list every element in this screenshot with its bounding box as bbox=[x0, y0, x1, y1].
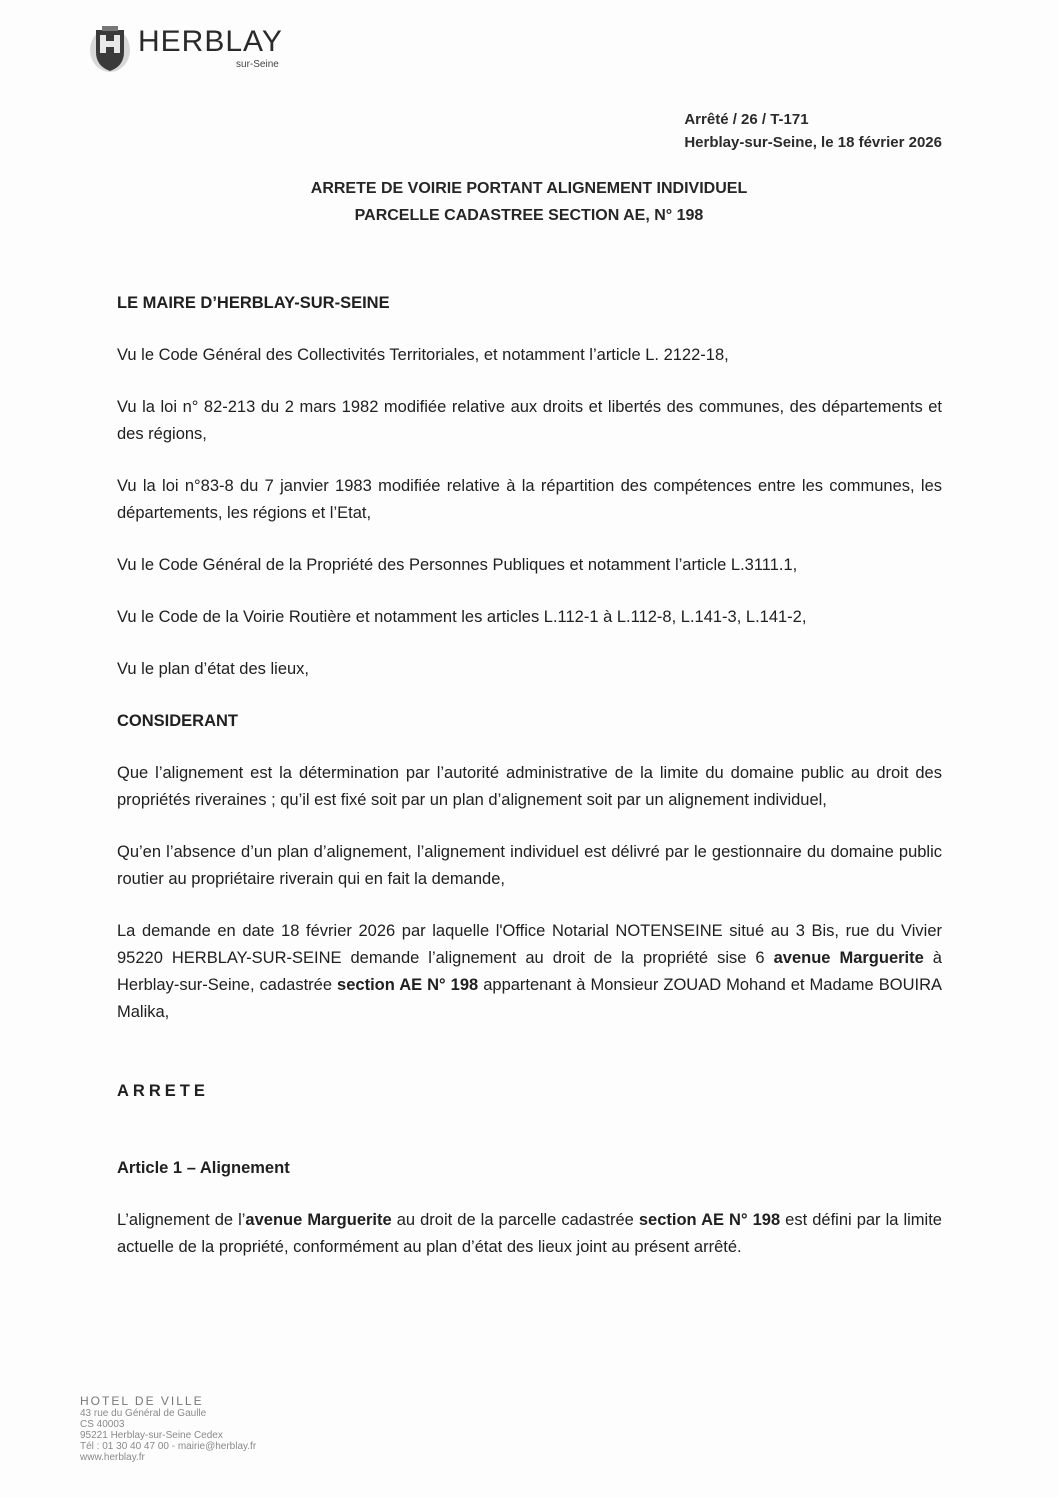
considerant-heading: CONSIDERANT bbox=[117, 708, 942, 735]
footer-website: www.herblay.fr bbox=[80, 1452, 256, 1463]
vu-clause: Vu le plan d’état des lieux, bbox=[117, 656, 942, 683]
logo-subtitle: sur-Seine bbox=[236, 59, 279, 70]
footer-address: HOTEL DE VILLE 43 rue du Général de Gaul… bbox=[80, 1396, 256, 1463]
footer-line: 43 rue du Général de Gaulle bbox=[80, 1408, 256, 1419]
arrete-number: Arrêté / 26 / T-171 bbox=[684, 108, 942, 131]
document-body: LE MAIRE D’HERBLAY-SUR-SEINE Vu le Code … bbox=[117, 290, 942, 1261]
title-line-1: ARRETE DE VOIRIE PORTANT ALIGNEMENT INDI… bbox=[0, 175, 1058, 202]
city-crest-icon bbox=[88, 22, 132, 74]
vu-clause: Vu la loi n° 82-213 du 2 mars 1982 modif… bbox=[117, 394, 942, 448]
footer-line: 95221 Herblay-sur-Seine Cedex bbox=[80, 1430, 256, 1441]
place-date: Herblay-sur-Seine, le 18 février 2026 bbox=[684, 131, 942, 154]
vu-clause: Vu la loi n°83-8 du 7 janvier 1983 modif… bbox=[117, 473, 942, 527]
document-title: ARRETE DE VOIRIE PORTANT ALIGNEMENT INDI… bbox=[0, 175, 1058, 229]
vu-clause: Vu le Code Général de la Propriété des P… bbox=[117, 552, 942, 579]
footer-line: Tél : 01 30 40 47 00 - mairie@herblay.fr bbox=[80, 1441, 256, 1452]
reference-block: Arrêté / 26 / T-171 Herblay-sur-Seine, l… bbox=[684, 108, 942, 154]
considerant-clause: Que l’alignement est la détermination pa… bbox=[117, 760, 942, 814]
footer-title: HOTEL DE VILLE bbox=[80, 1396, 256, 1407]
title-line-2: PARCELLE CADASTREE SECTION AE, N° 198 bbox=[0, 202, 1058, 229]
vu-clause: Vu le Code de la Voirie Routière et nota… bbox=[117, 604, 942, 631]
considerant-clause: Qu’en l’absence d’un plan d’alignement, … bbox=[117, 839, 942, 893]
footer-line: CS 40003 bbox=[80, 1419, 256, 1430]
authority-heading: LE MAIRE D’HERBLAY-SUR-SEINE bbox=[117, 290, 942, 317]
article-1-heading: Article 1 – Alignement bbox=[117, 1155, 942, 1182]
document-page: HERBLAY sur-Seine Arrêté / 26 / T-171 He… bbox=[0, 0, 1058, 1497]
vu-clause: Vu le Code Général des Collectivités Ter… bbox=[117, 342, 942, 369]
arrete-heading: ARRETE bbox=[117, 1078, 942, 1105]
logo-name: HERBLAY bbox=[138, 27, 283, 57]
demande-clause: La demande en date 18 février 2026 par l… bbox=[117, 918, 942, 1026]
herblay-logo: HERBLAY sur-Seine bbox=[88, 22, 283, 74]
article-1-text: L’alignement de l’avenue Marguerite au d… bbox=[117, 1207, 942, 1261]
